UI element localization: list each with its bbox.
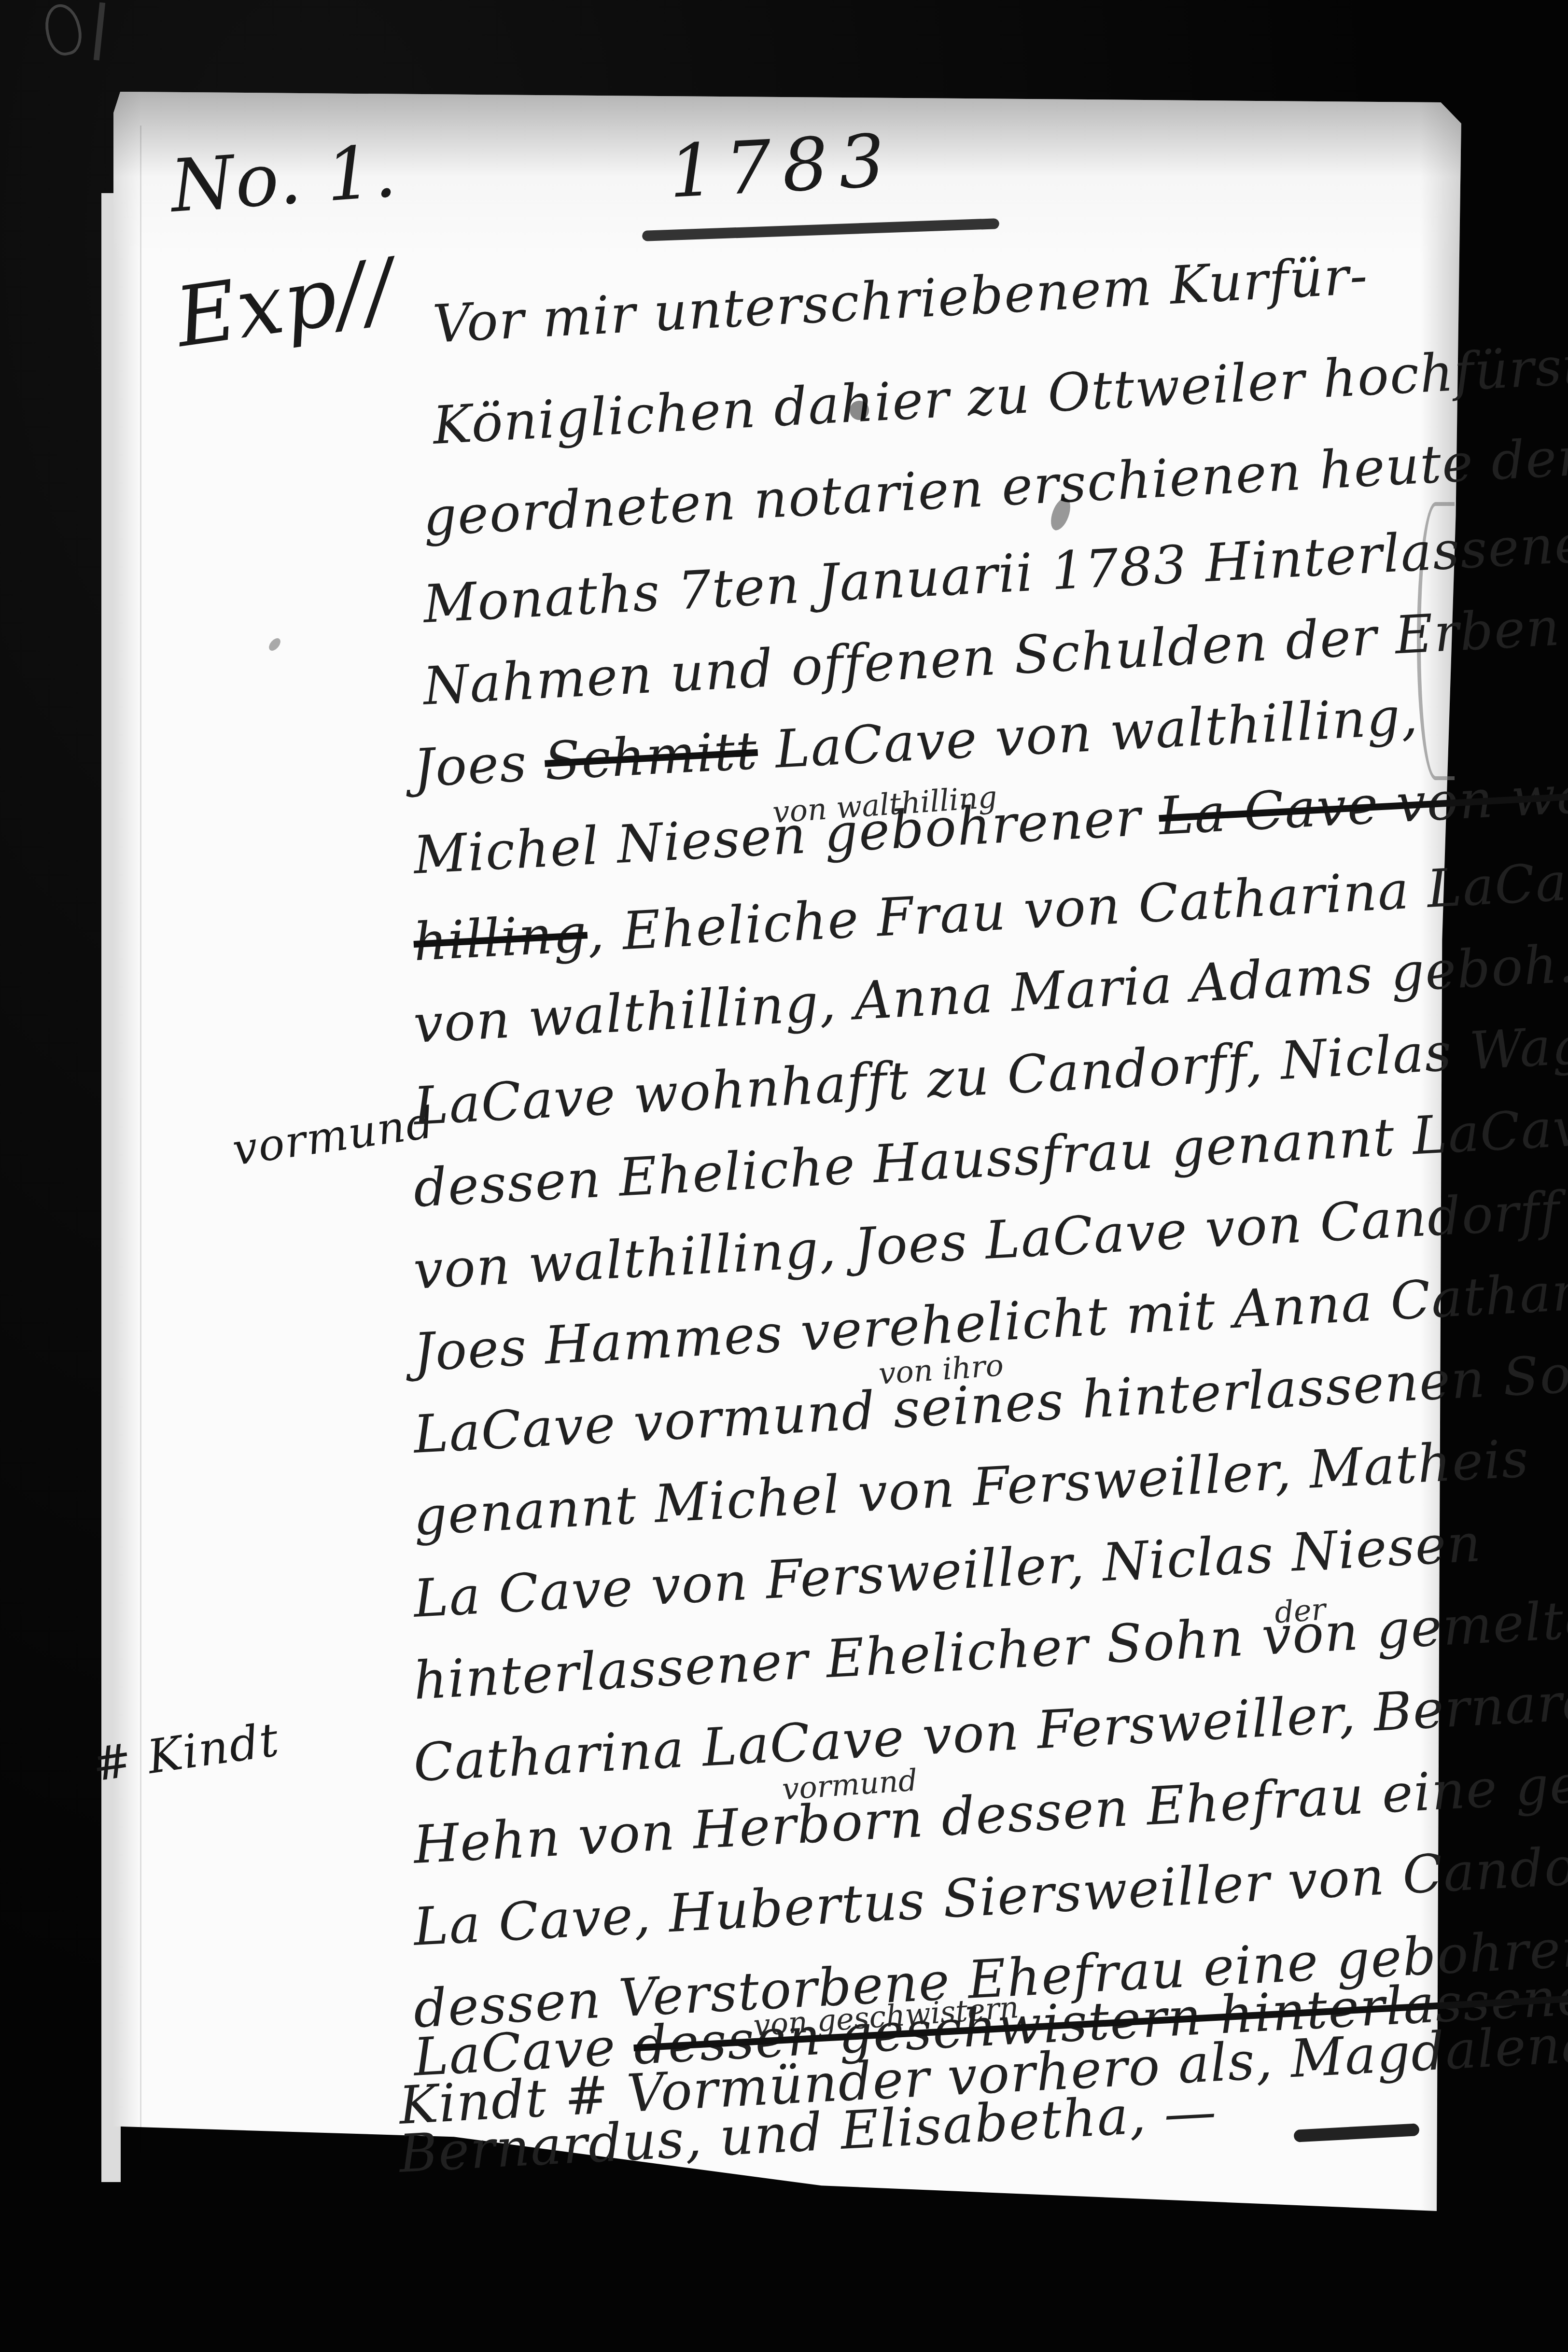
struck-text: hilling — [412, 903, 588, 973]
record-year: 1783 — [667, 119, 897, 214]
struck-text: Schmitt — [543, 721, 759, 792]
page-margin-line — [140, 126, 141, 2153]
record-number: No. 1. — [168, 129, 400, 229]
line-6-before: Joes — [412, 732, 546, 799]
ink-blot — [850, 401, 869, 420]
